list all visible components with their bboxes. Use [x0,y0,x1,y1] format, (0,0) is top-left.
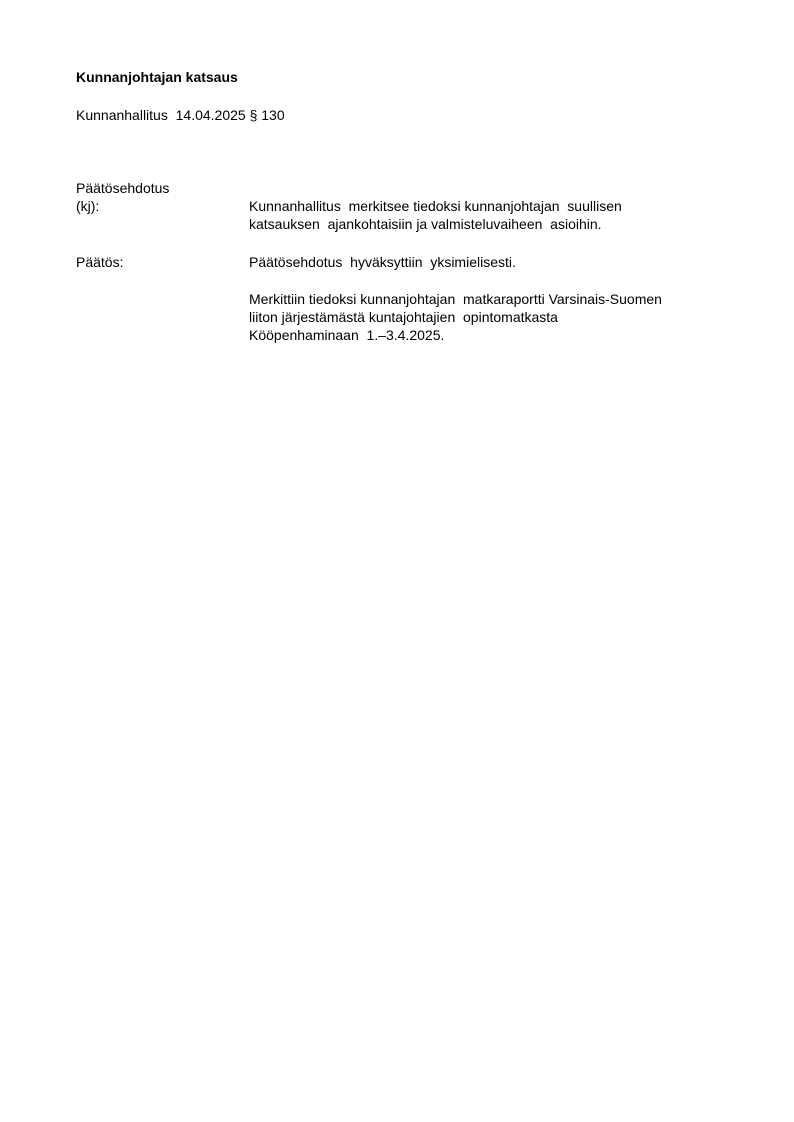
note-text-line-1: Merkittiin tiedoksi kunnanjohtajan matka… [249,290,662,308]
meeting-line: Kunnanhallitus 14.04.2025 § 130 [76,106,285,124]
decision-label: Päätös: [76,253,123,271]
document-title: Kunnanjohtajan katsaus [76,68,238,86]
proposal-text-line-1: Kunnanhallitus merkitsee tiedoksi kunnan… [249,197,622,215]
decision-text: Päätösehdotus hyväksyttiin yksimielisest… [249,253,516,271]
note-text-line-3: Kööpenhaminaan 1.–3.4.2025. [249,326,444,344]
note-text-line-2: liiton järjestämästä kuntajohtajien opin… [249,308,558,326]
proposal-label: Päätösehdotus [76,179,169,197]
proposal-label-kj: (kj): [76,197,99,215]
proposal-text-line-2: katsauksen ajankohtaisiin ja valmisteluv… [249,215,602,233]
